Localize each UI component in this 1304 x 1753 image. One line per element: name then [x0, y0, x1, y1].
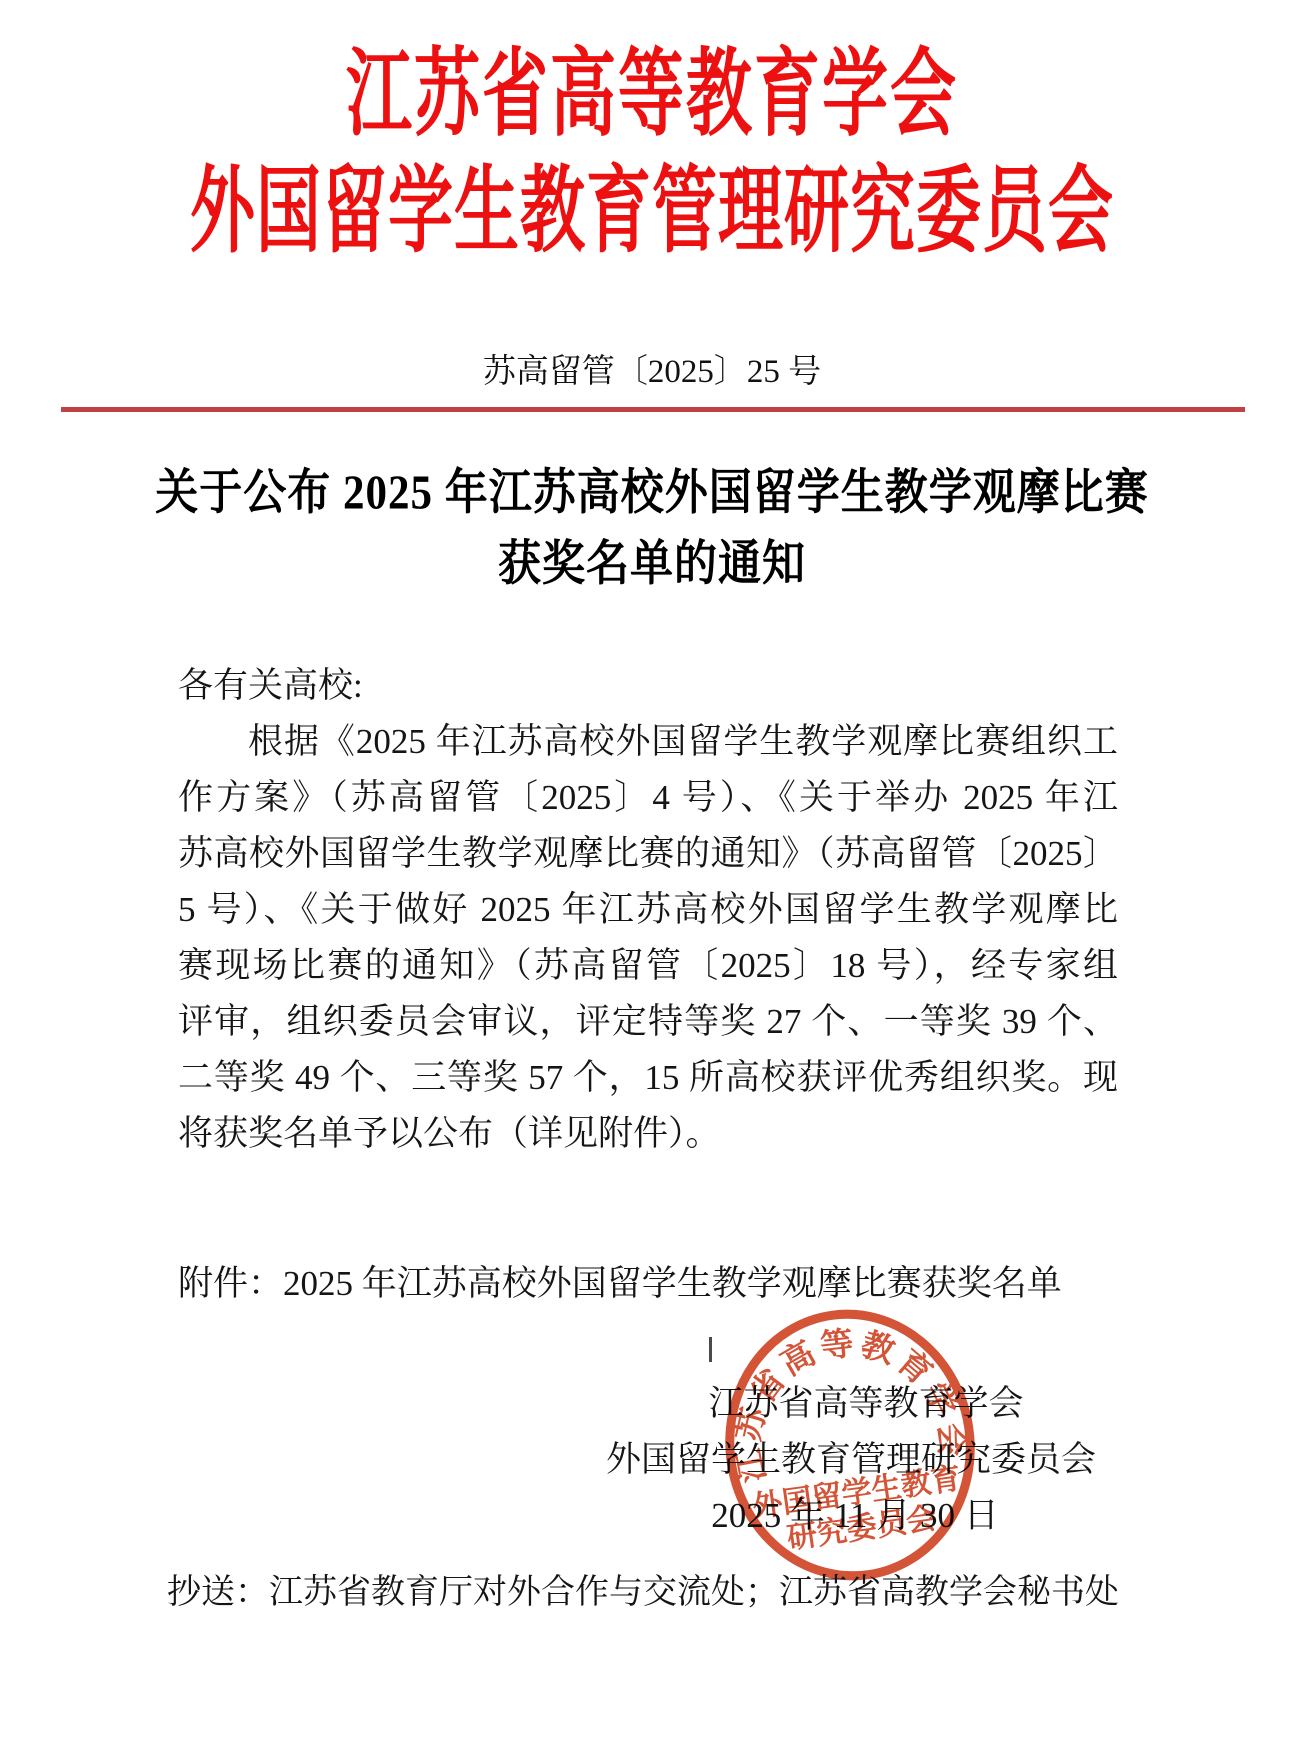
stray-tick-mark	[709, 1337, 712, 1362]
salutation: 各有关高校:	[178, 664, 1118, 708]
document-title-line1-text: 关于公布 2025 年江苏高校外国留学生教学观摩比赛	[155, 466, 1149, 522]
official-document-page: 江苏省高等教育学会 外国留学生教育管理研究委员会 苏高留管〔2025〕25 号 …	[0, 0, 1304, 1753]
letterhead-committee-name: 外国留学生教育管理研究委员会	[0, 166, 1304, 231]
document-title-line2: 获奖名单的通知	[0, 537, 1304, 587]
red-divider-rule	[61, 407, 1245, 412]
document-title-line1: 关于公布 2025 年江苏高校外国留学生教学观摩比赛	[0, 466, 1304, 516]
body-line: 评审，组织委员会审议，评定特等奖 27 个、一等奖 39 个、	[178, 1000, 1118, 1044]
attachment-note: 附件：2025 年江苏高校外国留学生教学观摩比赛获奖名单	[178, 1262, 1118, 1306]
body-line: 二等奖 49 个、三等奖 57 个，15 所高校获评优秀组织奖。现	[178, 1056, 1118, 1100]
seal-group: 江苏省高等教育学会 外国留学生教育 研究委员会	[716, 1303, 984, 1587]
body-line: 作方案》（苏高留管〔2025〕4 号）、《关于举办 2025 年江	[178, 776, 1118, 820]
document-title-line2-text: 获奖名单的通知	[498, 537, 806, 593]
body-line: 苏高校外国留学生教学观摩比赛的通知》（苏高留管〔2025〕	[178, 832, 1118, 876]
official-seal: 江苏省高等教育学会 外国留学生教育 研究委员会	[716, 1303, 984, 1587]
cc-distribution-line: 抄送：江苏省教育厅对外合作与交流处；江苏省高教学会秘书处	[167, 1572, 1119, 1614]
body-line: 赛现场比赛的通知》（苏高留管〔2025〕18 号），经专家组	[178, 944, 1118, 988]
body-line: 5 号）、《关于做好 2025 年江苏高校外国留学生教学观摩比	[178, 888, 1118, 932]
letterhead-org-name: 江苏省高等教育学会	[0, 48, 1304, 114]
document-number: 苏高留管〔2025〕25 号	[0, 352, 1304, 392]
letterhead-org-name-text: 江苏省高等教育学会	[346, 48, 958, 144]
body-line: 根据《2025 年江苏高校外国留学生教学观摩比赛组织工	[178, 720, 1118, 764]
letterhead-committee-name-text: 外国留学生教育管理研究委员会	[190, 166, 1114, 260]
body-line: 将获奖名单予以公布（详见附件）。	[178, 1112, 1118, 1156]
